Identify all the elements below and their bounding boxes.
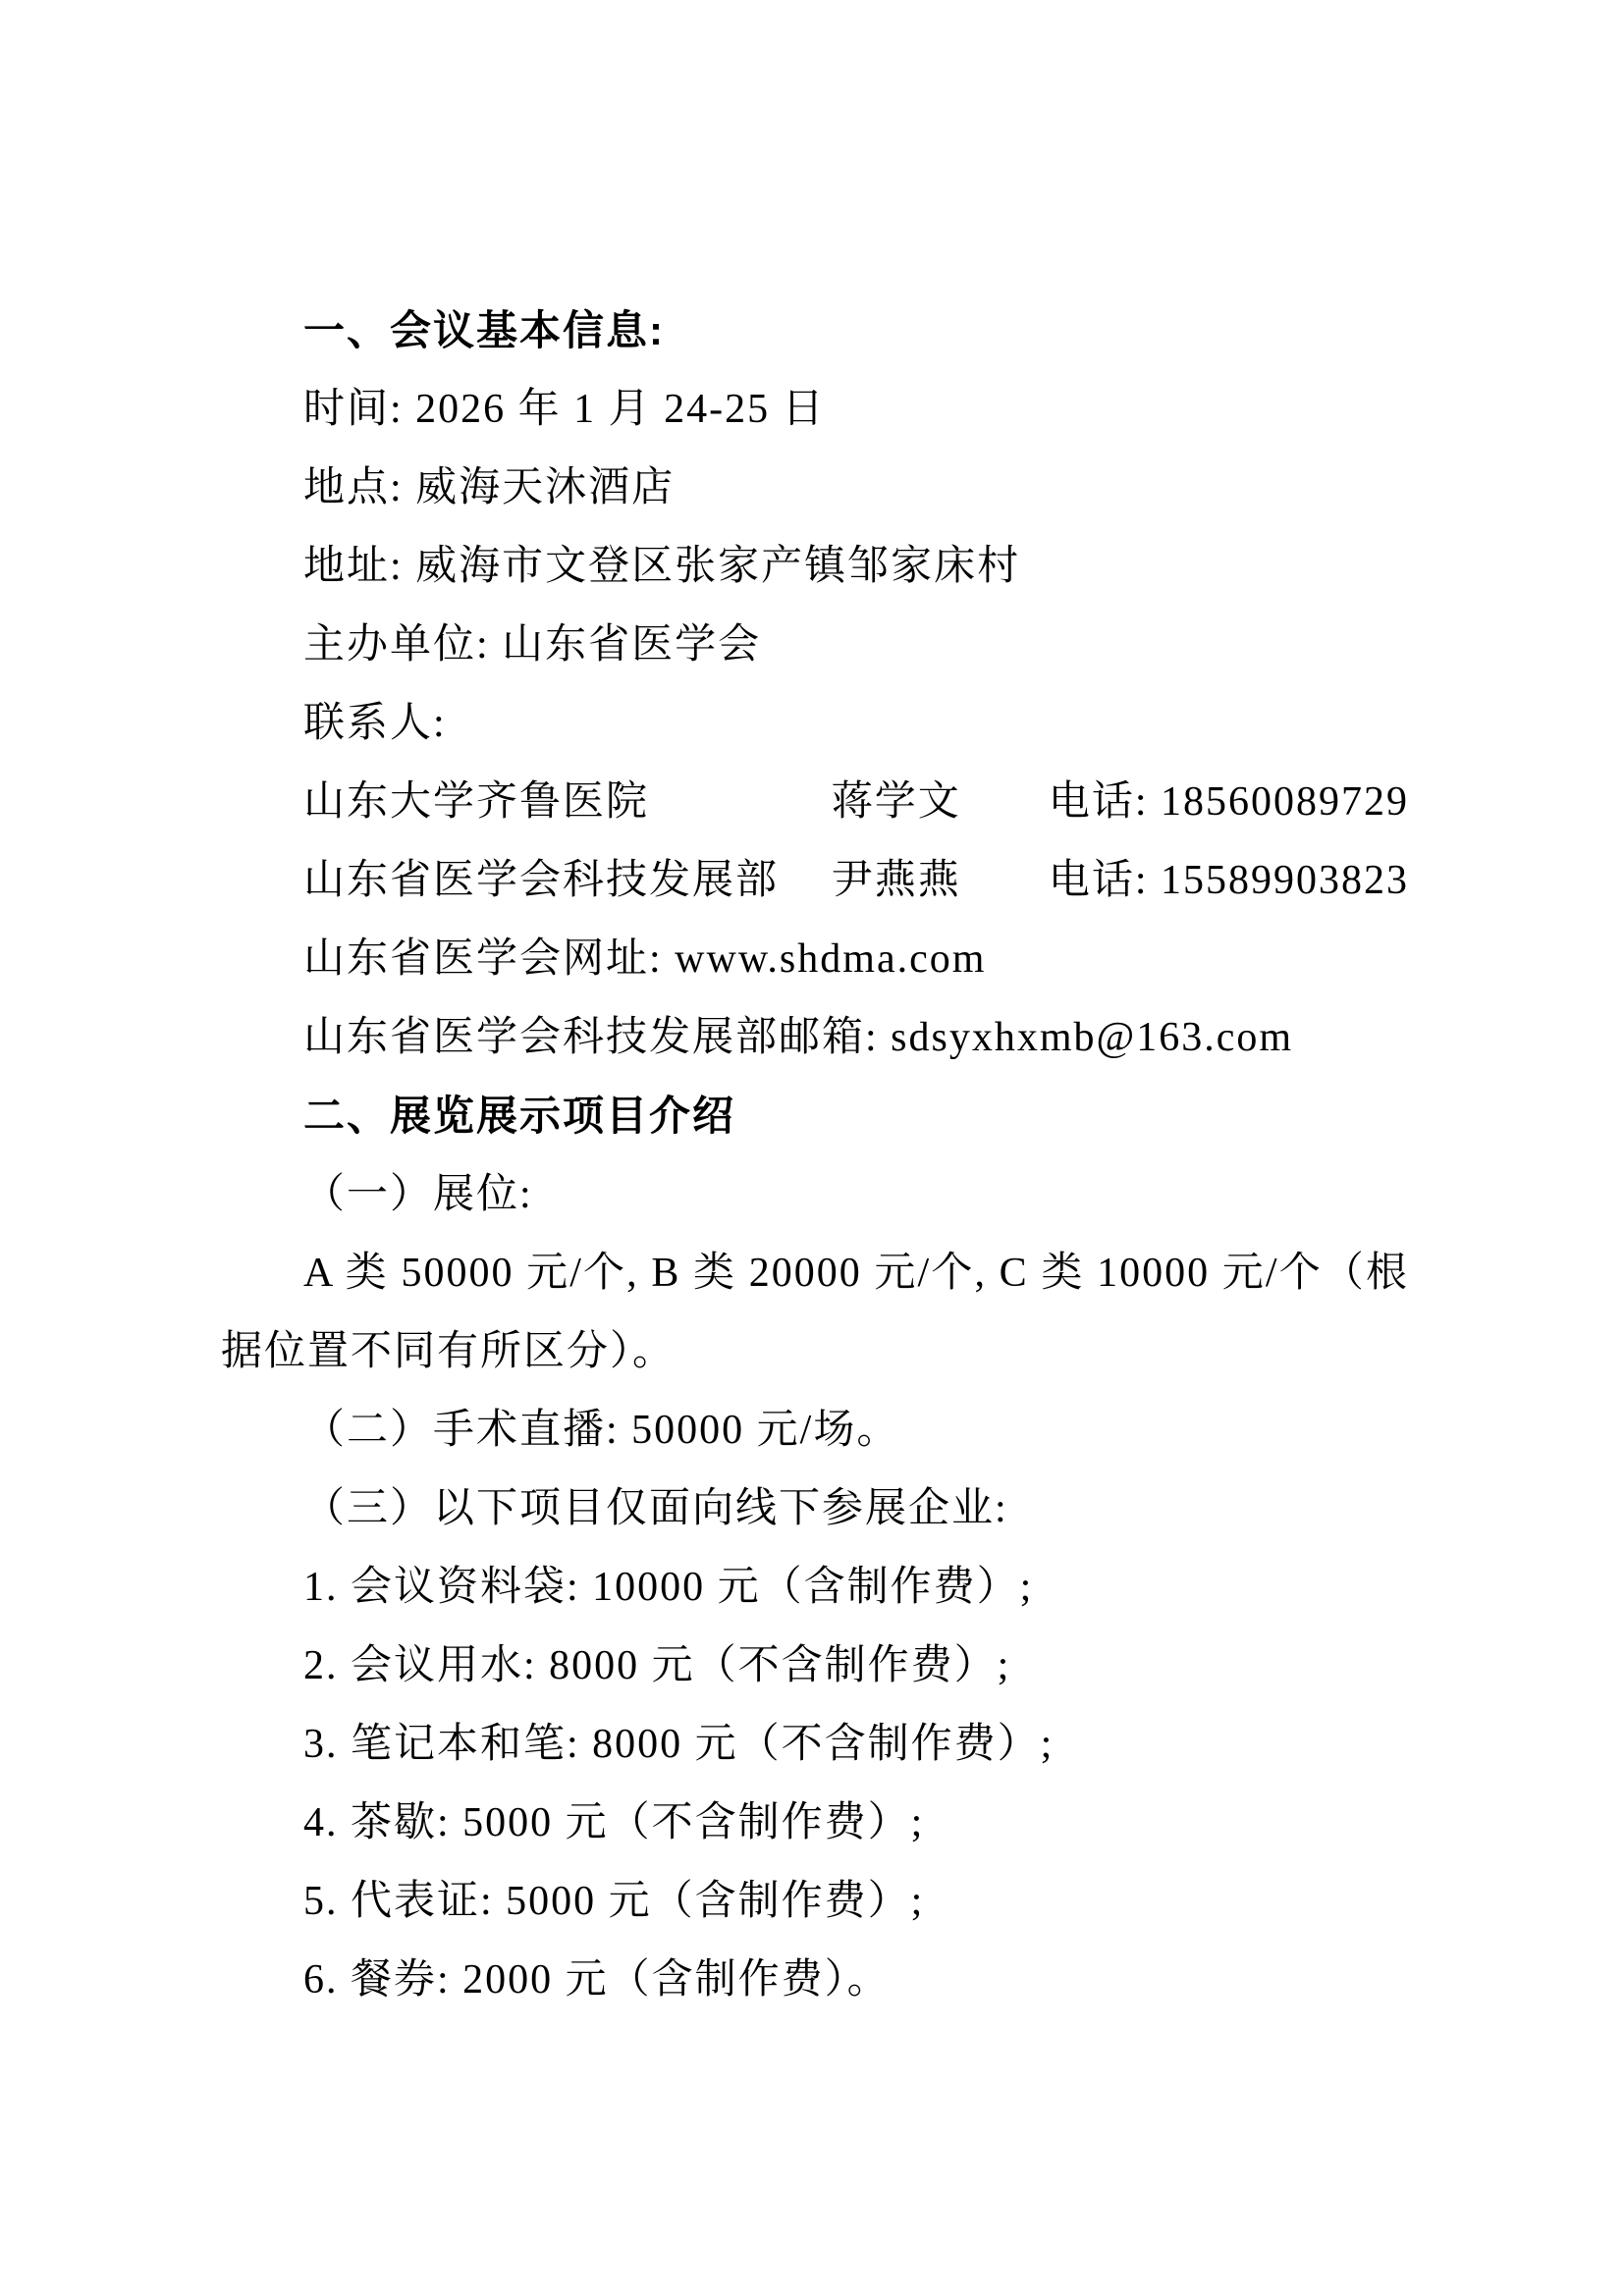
booth-price-line-2: 据位置不同有所区分）。 [221, 1312, 1409, 1391]
contact-phone: 电话: 18560089729 [1049, 763, 1409, 841]
list-item: 2. 会议用水: 8000 元（不含制作费）; [221, 1627, 1409, 1705]
meeting-address-line: 地址: 威海市文登区张家产镇邹家床村 [221, 527, 1409, 606]
list-item: 6. 餐券: 2000 元（含制作费）。 [221, 1941, 1409, 2019]
contact-name: 尹燕燕 [832, 841, 1049, 920]
contact-row: 山东省医学会科技发展部 尹燕燕 电话: 15589903823 [221, 841, 1409, 920]
document-page: 一、会议基本信息: 时间: 2026 年 1 月 24-25 日 地点: 威海天… [0, 0, 1624, 2296]
booth-label-line: （一）展位: [221, 1155, 1409, 1234]
offline-items-label-line: （三）以下项目仅面向线下参展企业: [221, 1469, 1409, 1548]
document-content: 一、会议基本信息: 时间: 2026 年 1 月 24-25 日 地点: 威海天… [221, 292, 1409, 2019]
meeting-time-line: 时间: 2026 年 1 月 24-25 日 [221, 370, 1409, 449]
list-item: 5. 代表证: 5000 元（含制作费）; [221, 1862, 1409, 1941]
contact-label-line: 联系人: [221, 684, 1409, 763]
section1-heading: 一、会议基本信息: [221, 292, 1409, 370]
contact-row: 山东大学齐鲁医院 蒋学文 电话: 18560089729 [221, 763, 1409, 841]
contact-org: 山东省医学会科技发展部 [303, 841, 832, 920]
meeting-venue-line: 地点: 威海天沐酒店 [221, 449, 1409, 527]
contact-org: 山东大学齐鲁医院 [303, 763, 832, 841]
list-item: 4. 茶歇: 5000 元（不含制作费）; [221, 1784, 1409, 1862]
list-item: 3. 笔记本和笔: 8000 元（不含制作费）; [221, 1705, 1409, 1784]
list-item: 1. 会议资料袋: 10000 元（含制作费）; [221, 1548, 1409, 1627]
booth-price-line-1: A 类 50000 元/个, B 类 20000 元/个, C 类 10000 … [221, 1234, 1409, 1312]
surgery-broadcast-line: （二）手术直播: 50000 元/场。 [221, 1391, 1409, 1469]
section2-heading: 二、展览展示项目介绍 [221, 1077, 1409, 1155]
website-line: 山东省医学会网址: www.shdma.com [221, 920, 1409, 998]
host-organization-line: 主办单位: 山东省医学会 [221, 606, 1409, 684]
email-line: 山东省医学会科技发展部邮箱: sdsyxhxmb@163.com [221, 998, 1409, 1077]
contact-phone: 电话: 15589903823 [1049, 841, 1409, 920]
contact-name: 蒋学文 [832, 763, 1049, 841]
